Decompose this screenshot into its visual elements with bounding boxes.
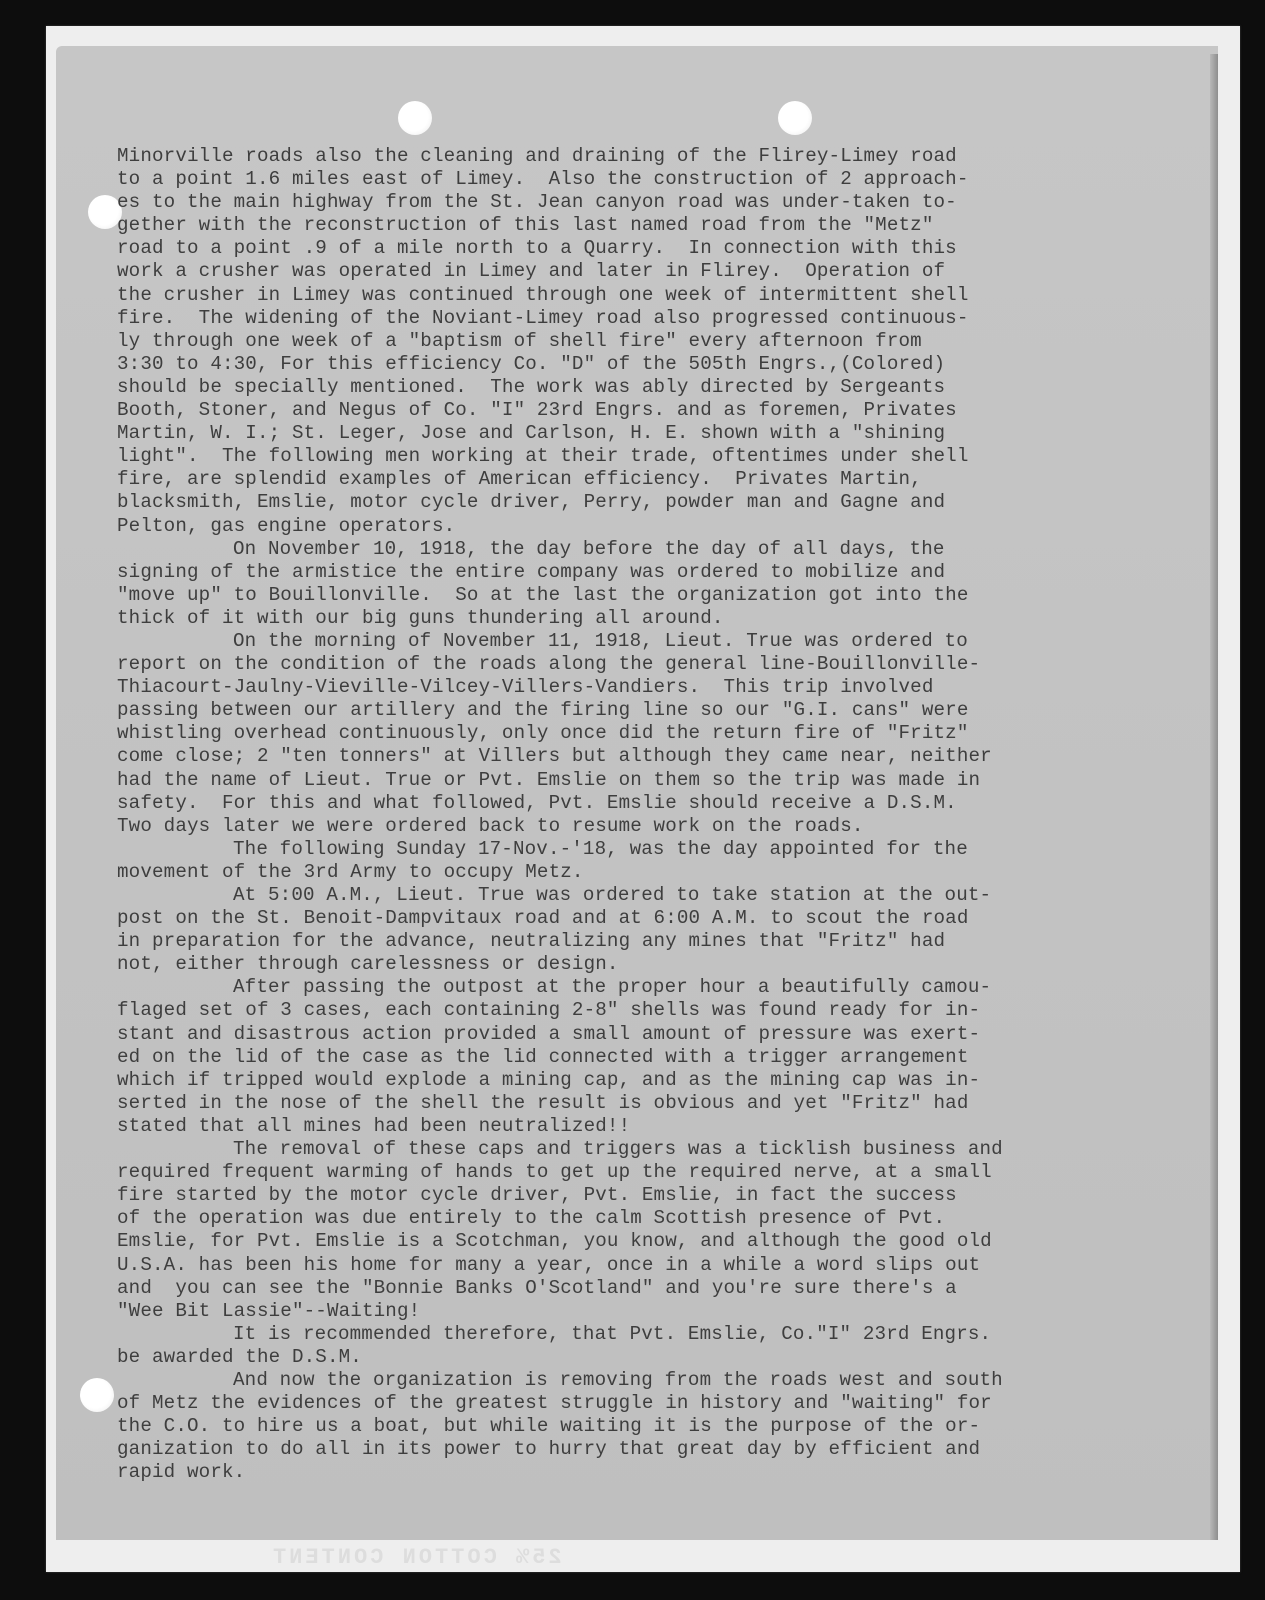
text-line: U.S.A. has been his home for many a year…	[117, 1254, 1157, 1277]
text-line: which if tripped would explode a mining …	[117, 1069, 1157, 1092]
text-line: At 5:00 A.M., Lieut. True was ordered to…	[117, 884, 1157, 907]
text-line: the C.O. to hire us a boat, but while wa…	[117, 1415, 1157, 1438]
text-line: of the operation was due entirely to the…	[117, 1207, 1157, 1230]
text-line: serted in the nose of the shell the resu…	[117, 1092, 1157, 1115]
text-line: On the morning of November 11, 1918, Lie…	[117, 630, 1157, 653]
text-line: stated that all mines had been neutraliz…	[117, 1115, 1157, 1138]
punch-hole-top-right	[778, 101, 812, 135]
text-line: stant and disastrous action provided a s…	[117, 1023, 1157, 1046]
text-line: ed on the lid of the case as the lid con…	[117, 1046, 1157, 1069]
text-line: rapid work.	[117, 1461, 1157, 1484]
text-line: to a point 1.6 miles east of Limey. Also…	[117, 168, 1157, 191]
text-line: After passing the outpost at the proper …	[117, 976, 1157, 999]
text-line: safety. For this and what followed, Pvt.…	[117, 792, 1157, 815]
watermark-bleed-through: 25% COTTON CONTENT	[270, 1545, 562, 1570]
text-line: passing between our artillery and the fi…	[117, 699, 1157, 722]
text-line: Pelton, gas engine operators.	[117, 515, 1157, 538]
text-line: report on the condition of the roads alo…	[117, 653, 1157, 676]
text-line: And now the organization is removing fro…	[117, 1369, 1157, 1392]
text-line: whistling overhead continuously, only on…	[117, 722, 1157, 745]
text-line: had the name of Lieut. True or Pvt. Emsl…	[117, 769, 1157, 792]
text-line: work a crusher was operated in Limey and…	[117, 260, 1157, 283]
text-line: The following Sunday 17-Nov.-'18, was th…	[117, 838, 1157, 861]
text-line: es to the main highway from the St. Jean…	[117, 191, 1157, 214]
punch-hole-left-lower	[80, 1378, 114, 1412]
text-line: in preparation for the advance, neutrali…	[117, 930, 1157, 953]
text-line: fire. The widening of the Noviant-Limey …	[117, 307, 1157, 330]
text-line: gether with the reconstruction of this l…	[117, 214, 1157, 237]
text-line: and you can see the "Bonnie Banks O'Scot…	[117, 1277, 1157, 1300]
text-line: road to a point .9 of a mile north to a …	[117, 237, 1157, 260]
text-line: the crusher in Limey was continued throu…	[117, 284, 1157, 307]
text-line: thick of it with our big guns thundering…	[117, 607, 1157, 630]
text-line: Martin, W. I.; St. Leger, Jose and Carls…	[117, 422, 1157, 445]
text-line: Booth, Stoner, and Negus of Co. "I" 23rd…	[117, 399, 1157, 422]
text-line: Minorville roads also the cleaning and d…	[117, 145, 1157, 168]
text-line: It is recommended therefore, that Pvt. E…	[117, 1323, 1157, 1346]
punch-hole-top-left	[398, 101, 432, 135]
text-line: "move up" to Bouillonville. So at the la…	[117, 584, 1157, 607]
text-line: The removal of these caps and triggers w…	[117, 1138, 1157, 1161]
text-line: movement of the 3rd Army to occupy Metz.	[117, 861, 1157, 884]
text-line: ganization to do all in its power to hur…	[117, 1438, 1157, 1461]
text-line: flaged set of 3 cases, each containing 2…	[117, 999, 1157, 1022]
text-line: fire, are splendid examples of American …	[117, 468, 1157, 491]
text-line: "Wee Bit Lassie"--Waiting!	[117, 1300, 1157, 1323]
text-line: should be specially mentioned. The work …	[117, 376, 1157, 399]
text-line: required frequent warming of hands to ge…	[117, 1161, 1157, 1184]
text-line: blacksmith, Emslie, motor cycle driver, …	[117, 491, 1157, 514]
text-line: Emslie, for Pvt. Emslie is a Scotchman, …	[117, 1230, 1157, 1253]
text-line: fire started by the motor cycle driver, …	[117, 1184, 1157, 1207]
text-line: 3:30 to 4:30, For this efficiency Co. "D…	[117, 353, 1157, 376]
text-line: signing of the armistice the entire comp…	[117, 561, 1157, 584]
text-line: be awarded the D.S.M.	[117, 1346, 1157, 1369]
typewritten-body-text: Minorville roads also the cleaning and d…	[117, 145, 1157, 1484]
text-line: not, either through carelessness or desi…	[117, 953, 1157, 976]
text-line: light". The following men working at the…	[117, 445, 1157, 468]
text-line: post on the St. Benoit-Dampvitaux road a…	[117, 907, 1157, 930]
text-line: Thiacourt-Jaulny-Vieville-Vilcey-Villers…	[117, 676, 1157, 699]
text-line: Two days later we were ordered back to r…	[117, 815, 1157, 838]
text-line: ly through one week of a "baptism of she…	[117, 330, 1157, 353]
text-line: of Metz the evidences of the greatest st…	[117, 1392, 1157, 1415]
text-line: On November 10, 1918, the day before the…	[117, 538, 1157, 561]
text-line: come close; 2 "ten tonners" at Villers b…	[117, 745, 1157, 768]
